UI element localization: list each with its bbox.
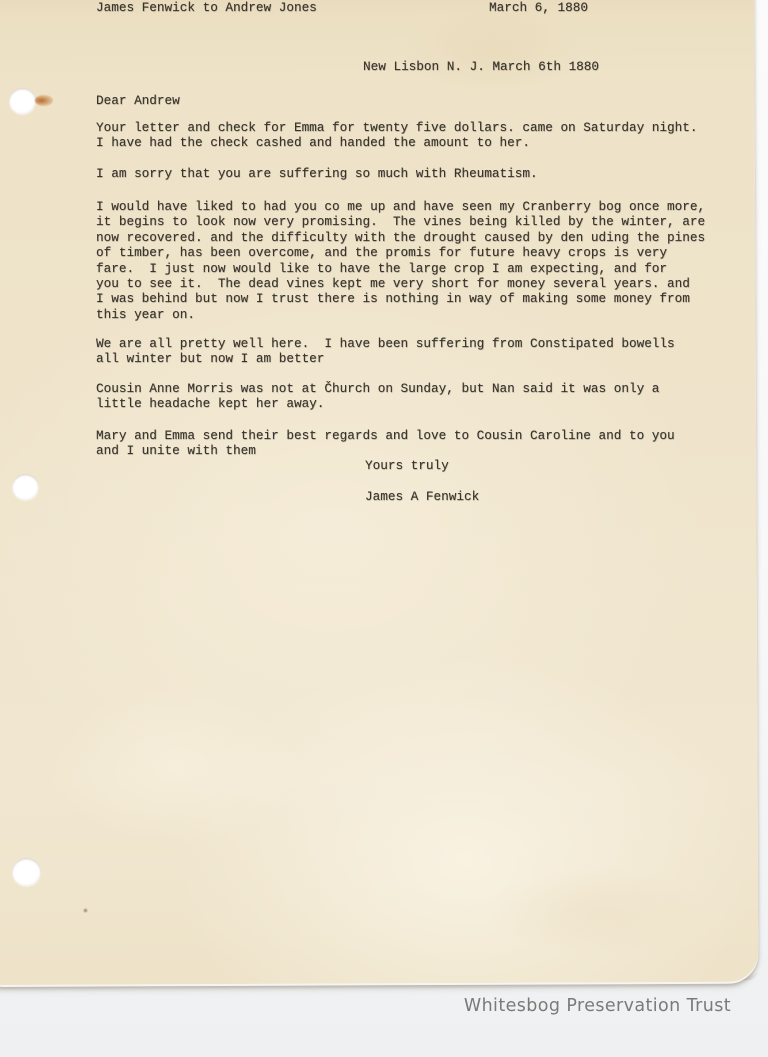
archive-header-date: March 6, 1880: [489, 0, 588, 15]
letter-paragraph: I am sorry that you are suffering so muc…: [96, 166, 721, 181]
letter-signature: James A Fenwick: [365, 489, 479, 504]
letter-paragraph: We are all pretty well here. I have been…: [96, 336, 721, 367]
footer-band: Whitesbog Preservation Trust: [0, 984, 768, 1057]
paper-blotch: [402, 6, 582, 97]
scanned-letter-view: James Fenwick to Andrew Jones March 6, 1…: [0, 0, 768, 1057]
letter-dateline: New Lisbon N. J. March 6th 1880: [363, 59, 599, 74]
punch-hole-middle: [12, 474, 39, 500]
letter-paragraph: Your letter and check for Emma for twent…: [96, 120, 721, 151]
letter-paragraph: Cousin Anne Morris was not at Čhurch on …: [96, 381, 721, 412]
letter-paragraph: Mary and Emma send their best regards an…: [96, 428, 721, 459]
archive-header-names: James Fenwick to Andrew Jones: [96, 0, 317, 15]
rust-stain: [35, 95, 53, 106]
letter-paragraph: I would have liked to had you co me up a…: [96, 199, 721, 322]
punch-hole-bottom: [12, 858, 41, 886]
letter-salutation: Dear Andrew: [96, 93, 180, 108]
punch-hole-top: [9, 88, 36, 114]
letter-closing: Yours truly: [365, 458, 449, 473]
paper-blotch: [45, 688, 306, 849]
paper-blotch: [486, 866, 706, 957]
paper-speck: [83, 908, 88, 913]
attribution-caption: Whitesbog Preservation Trust: [464, 996, 731, 1016]
